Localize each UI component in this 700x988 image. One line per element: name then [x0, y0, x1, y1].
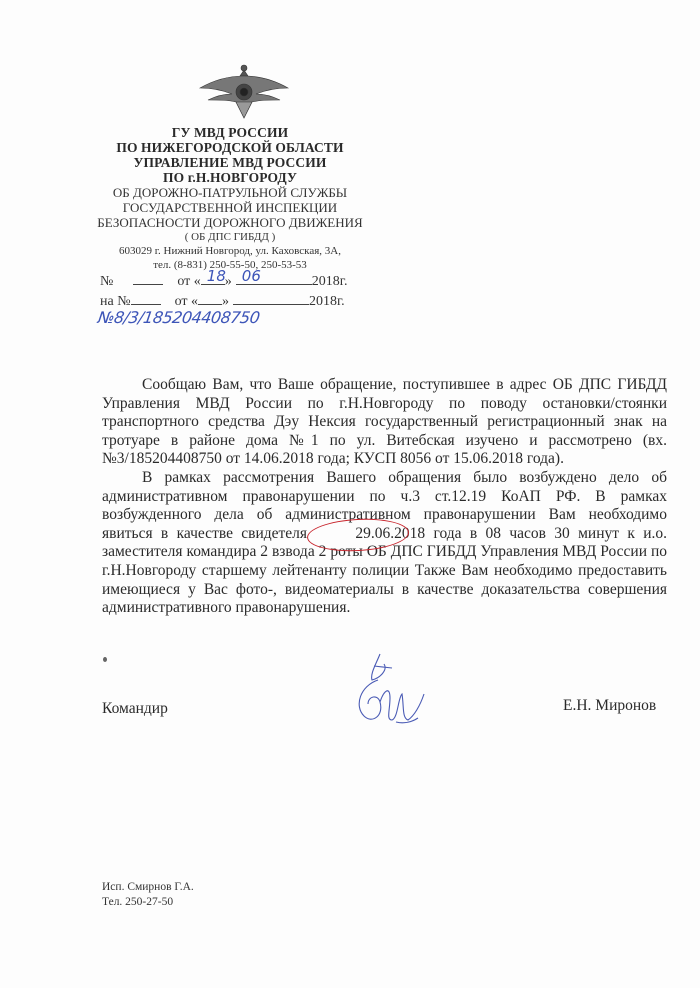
letterhead: ГУ МВД РОССИИ ПО НИЖЕГОРОДСКОЙ ОБЛАСТИ У… [80, 125, 380, 272]
executor-footer: Исп. Смирнов Г.А. Тел. 250-27-50 [102, 880, 194, 910]
letterhead-line: ОБ ДОРОЖНО-ПАТРУЛЬНОЙ СЛУЖБЫ [80, 185, 380, 200]
from-label: от « [177, 273, 200, 290]
number-blank [133, 270, 163, 285]
body-paragraph: Сообщаю Вам, что Ваше обращение, поступи… [102, 376, 667, 469]
executor-name: Исп. Смирнов Г.А. [102, 880, 194, 895]
letterhead-line: ПО г.Н.НОВГОРОДУ [80, 170, 380, 185]
month-blank: 06 [236, 270, 312, 285]
handwritten-reference-number: №8/3/185204408750 [97, 308, 261, 327]
year-label: 2018г. [312, 273, 348, 290]
handwritten-month: 06 [242, 268, 261, 285]
handwritten-day: 18 [207, 268, 226, 285]
registration-block: № от « 18 » 06 2018г. на № от « » 2018г. [100, 270, 347, 310]
letterhead-line: ГУ МВД РОССИИ [80, 125, 380, 140]
month-blank [233, 290, 309, 305]
letterhead-line: УПРАВЛЕНИЕ МВД РОССИИ [80, 155, 380, 170]
letterhead-line: ПО НИЖЕГОРОДСКОЙ ОБЛАСТИ [80, 140, 380, 155]
outgoing-number-row: № от « 18 » 06 2018г. [100, 270, 347, 290]
day-blank [198, 290, 222, 305]
letterhead-line: БЕЗОПАСНОСТИ ДОРОЖНОГО ДВИЖЕНИЯ [80, 215, 380, 230]
signatory-name: Е.Н. Миронов [563, 697, 656, 715]
number-blank [131, 290, 161, 305]
letter-page: ГУ МВД РОССИИ ПО НИЖЕГОРОДСКОЙ ОБЛАСТИ У… [0, 0, 700, 988]
circled-date: 29.06.2018 [315, 525, 425, 544]
scan-speck [103, 657, 107, 662]
letterhead-line: ГОСУДАРСТВЕННОЙ ИНСПЕКЦИИ [80, 200, 380, 215]
year-label: 2018г. [309, 293, 345, 310]
letterhead-address: 603029 г. Нижний Новгород, ул. Каховская… [80, 244, 380, 258]
letterhead-line: ( ОБ ДПС ГИБДД ) [80, 230, 380, 244]
body-paragraph: В рамках рассмотрения Вашего обращения б… [102, 469, 667, 618]
mvd-emblem-icon [198, 62, 290, 122]
number-label: № [100, 273, 113, 290]
letter-body: Сообщаю Вам, что Ваше обращение, поступи… [102, 376, 667, 618]
incoming-number-row: на № от « » 2018г. [100, 290, 347, 310]
signatory-role: Командир [102, 700, 168, 718]
signature-icon [350, 650, 430, 730]
executor-phone: Тел. 250-27-50 [102, 895, 194, 910]
appointment-date: 29.06.2018 [355, 525, 425, 542]
day-blank: 18 [201, 270, 225, 285]
